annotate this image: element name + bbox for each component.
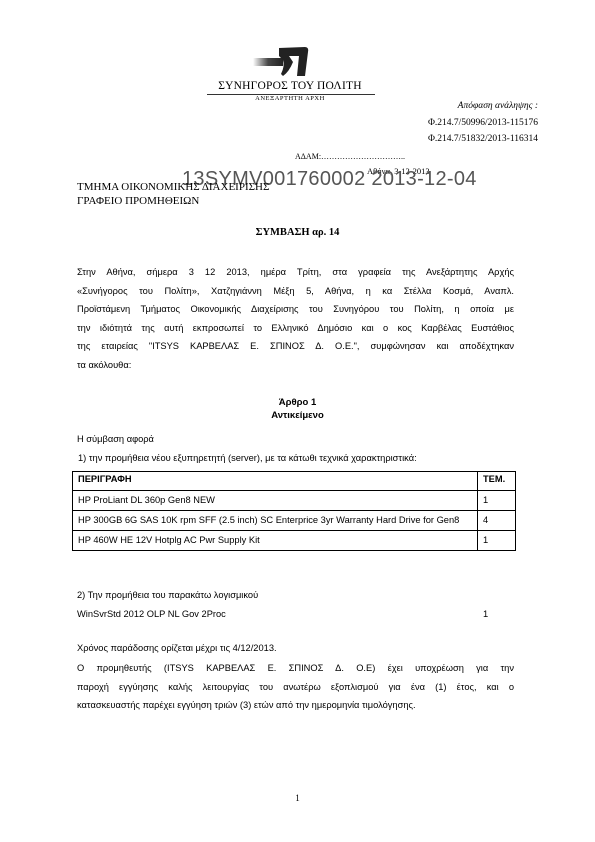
software-name: WinSvrStd 2012 OLP NL Gov 2Proc: [77, 609, 226, 619]
logo-subtitle: ΑΝΕΞΑΡΤΗΤΗ ΑΡΧΗ: [211, 95, 369, 102]
items-table: ΠΕΡΙΓΡΑΦΗ ΤΕΜ. HP ProLiant DL 360p Gen8 …: [72, 471, 516, 551]
office-name: ΓΡΑΦΕΙΟ ΠΡΟΜΗΘΕΙΩΝ: [77, 195, 199, 207]
table-row: HP 460W HE 12V Hotplg AC Pwr Supply Kit …: [73, 531, 516, 551]
item-quantity: 1: [478, 531, 516, 551]
article-number: Άρθρο 1: [0, 397, 595, 408]
warranty-line: Ο προμηθευτής (ITSYS ΚΑΡΒΕΛΑΣ Ε. ΣΠΙΝΟΣ …: [77, 659, 514, 678]
intro-line: της εταιρείας "ITSYS ΚΑΡΒΕΛΑΣ Ε. ΣΠΙΝΟΣ …: [77, 337, 514, 356]
item-quantity: 4: [478, 511, 516, 531]
intro-line: την ιδιότητά της αυτή εκπροσωπεί το Ελλη…: [77, 319, 514, 338]
intro-line: «Συνήγορος του Πολίτη», Χατζηγιάννη Μέξη…: [77, 282, 514, 301]
column-header-description: ΠΕΡΙΓΡΑΦΗ: [73, 472, 478, 491]
column-header-quantity: ΤΕΜ.: [478, 472, 516, 491]
item-description: HP 300GB 6G SAS 10K rpm SFF (2.5 inch) S…: [73, 511, 478, 531]
warranty-line: παροχή εγγύησης καλής λειτουργίας του αν…: [77, 678, 514, 697]
reference-number-1: Φ.214.7/50996/2013-115176: [428, 118, 538, 128]
intro-line: Προϊστάμενη Τμήματος Οικονομικής Διαχείρ…: [77, 300, 514, 319]
organization-logo: ΣΥΝΗΓΟΡΟΣ ΤΟΥ ΠΟΛΙΤΗ ΑΝΕΞΑΡΤΗΤΗ ΑΡΧΗ: [205, 40, 375, 102]
logo-title: ΣΥΝΗΓΟΡΟΣ ΤΟΥ ΠΟΛΙΤΗ: [211, 80, 369, 92]
intro-line: Στην Αθήνα, σήμερα 3 12 2013, ημέρα Τρίτ…: [77, 263, 514, 282]
item1-intro: 1) την προμήθεια νέου εξυπηρετητή (serve…: [78, 453, 417, 463]
department-name: ΤΜΗΜΑ ΟΙΚΟΝΟΜΙΚΗΣ ΔΙΑΧΕΙΡΙΣΗΣ: [77, 181, 269, 193]
software-quantity: 1: [483, 609, 488, 619]
table-row: HP ProLiant DL 360p Gen8 NEW 1: [73, 491, 516, 511]
item-description: HP 460W HE 12V Hotplg AC Pwr Supply Kit: [73, 531, 478, 551]
item2-intro: 2) Την προμήθεια του παρακάτω λογισμικού: [77, 590, 258, 600]
warranty-paragraph: Ο προμηθευτής (ITSYS ΚΑΡΒΕΛΑΣ Ε. ΣΠΙΝΟΣ …: [77, 659, 514, 715]
item-quantity: 1: [478, 491, 516, 511]
page-number: 1: [0, 793, 595, 803]
intro-paragraph: Στην Αθήνα, σήμερα 3 12 2013, ημέρα Τρίτ…: [77, 263, 514, 374]
adam-field: ΑΔΑΜ:…………………………..: [295, 152, 405, 161]
contract-title: ΣΥΜΒΑΣΗ αρ. 14: [0, 227, 595, 238]
article-title: Αντικείμενο: [0, 410, 595, 421]
table-header-row: ΠΕΡΙΓΡΑΦΗ ΤΕΜ.: [73, 472, 516, 491]
delivery-deadline: Χρόνος παράδοσης ορίζεται μέχρι τις 4/12…: [77, 643, 277, 653]
reference-number-2: Φ.214.7/51832/2013-116314: [428, 134, 538, 144]
warranty-line: κατασκευαστής παρέχει εγγύηση τριών (3) …: [77, 696, 514, 715]
contract-subject: Η σύμβαση αφορά: [77, 434, 154, 444]
decision-label: Απόφαση ανάληψης :: [458, 101, 538, 111]
ombudsman-arrow-icon: [253, 42, 313, 78]
intro-line: τα ακόλουθα:: [77, 356, 514, 375]
item-description: HP ProLiant DL 360p Gen8 NEW: [73, 491, 478, 511]
table-row: HP 300GB 6G SAS 10K rpm SFF (2.5 inch) S…: [73, 511, 516, 531]
